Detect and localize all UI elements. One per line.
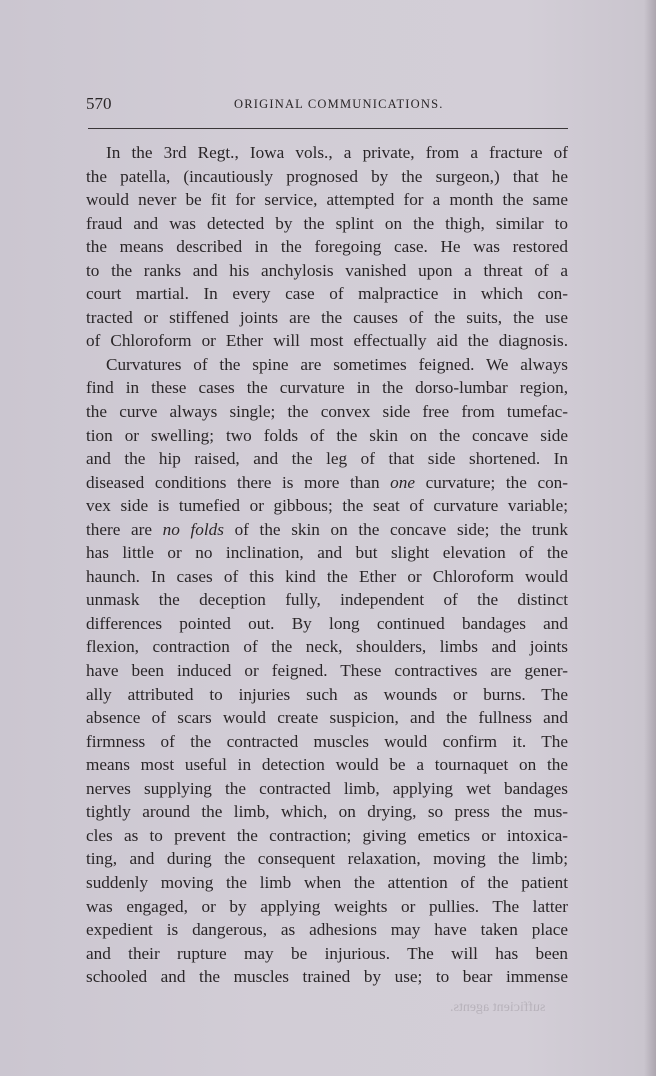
text-line: and the hip raised, and the leg of that …	[86, 447, 568, 471]
emphasis-text: no folds	[163, 520, 224, 539]
text-line: the curve always single; the convex side…	[86, 400, 568, 424]
text-line: has little or no inclination, and but sl…	[86, 541, 568, 565]
running-head: 570 ORIGINAL COMMUNICATIONS.	[86, 94, 568, 118]
page-edge-shadow	[644, 0, 656, 1076]
text-line: cles as to prevent the contraction; givi…	[86, 824, 568, 848]
text-line: schooled and the muscles trained by use;…	[86, 965, 568, 989]
text-line: was engaged, or by applying weights or p…	[86, 895, 568, 919]
page-number: 570	[86, 94, 112, 114]
text-line: have been induced or feigned. These cont…	[86, 659, 568, 683]
text-line: and their rupture may be injurious. The …	[86, 942, 568, 966]
text-line: ally attributed to injuries such as woun…	[86, 683, 568, 707]
text-line: firmness of the contracted muscles would…	[86, 730, 568, 754]
text-line: flexion, contraction of the neck, should…	[86, 635, 568, 659]
text-line: haunch. In cases of this kind the Ether …	[86, 565, 568, 589]
text-line: absence of scars would create suspicion,…	[86, 706, 568, 730]
text-line: means most useful in detection would be …	[86, 753, 568, 777]
text-line: diseased conditions there is more than o…	[86, 471, 568, 495]
text-line: differences pointed out. By long continu…	[86, 612, 568, 636]
text-line: court martial. In every case of malpract…	[86, 282, 568, 306]
text-line: would never be fit for service, attempte…	[86, 188, 568, 212]
text-line: nerves supplying the contracted limb, ap…	[86, 777, 568, 801]
text-line: the patella, (incautiously prognosed by …	[86, 165, 568, 189]
text-line: ting, and during the consequent relaxati…	[86, 847, 568, 871]
text-line: unmask the deception fully, independent …	[86, 588, 568, 612]
text-line: find in these cases the curvature in the…	[86, 376, 568, 400]
text-line: to the ranks and his anchylosis vanished…	[86, 259, 568, 283]
text-line: fraud and was detected by the splint on …	[86, 212, 568, 236]
text-line: Curvatures of the spine are sometimes fe…	[106, 353, 568, 377]
text-line: tightly around the limb, which, on dryin…	[86, 800, 568, 824]
text-line: tion or swelling; two folds of the skin …	[86, 424, 568, 448]
body-text: In the 3rd Regt., Iowa vols., a private,…	[106, 141, 568, 989]
text-line: the means described in the foregoing cas…	[86, 235, 568, 259]
text-line: vex side is tumefied or gibbous; the sea…	[86, 494, 568, 518]
text-line: tracted or stiffened joints are the caus…	[86, 306, 568, 330]
show-through-text: sufficient agents.	[450, 1000, 545, 1016]
running-head-title: ORIGINAL COMMUNICATIONS.	[234, 97, 444, 112]
header-rule	[88, 128, 568, 129]
text-line: there are no folds of the skin on the co…	[86, 518, 568, 542]
text-line: suddenly moving the limb when the attent…	[86, 871, 568, 895]
text-line: In the 3rd Regt., Iowa vols., a private,…	[106, 141, 568, 165]
text-line: of Chloroform or Ether will most effectu…	[86, 329, 568, 353]
text-line: expedient is dangerous, as adhesions may…	[86, 918, 568, 942]
emphasis-text: one	[390, 473, 415, 492]
book-page: 570 ORIGINAL COMMUNICATIONS. In the 3rd …	[0, 0, 656, 1076]
